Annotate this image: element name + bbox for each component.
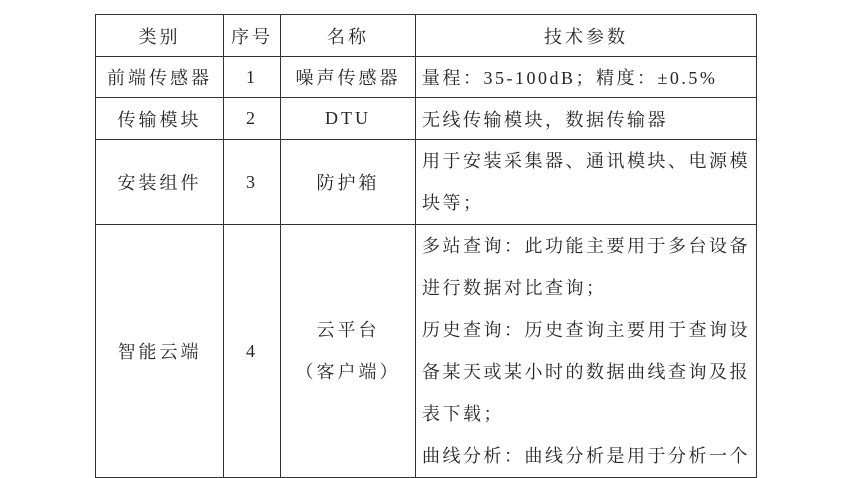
header-row: 类别 序号 名称 技术参数 <box>96 15 757 57</box>
column-header-no: 序号 <box>224 15 281 57</box>
category-cell: 前端传感器 <box>96 57 224 98</box>
param-line: 历史查询：历史查询主要用于查询设备某天或某小时的数据曲线查询及报表下载； <box>422 309 753 435</box>
param-line: 曲线分析：曲线分析是用于分析一个 <box>422 435 753 477</box>
column-header-category: 类别 <box>96 15 224 57</box>
column-header-name: 名称 <box>281 15 416 57</box>
param-line: 无线传输模块，数据传输器 <box>422 106 753 132</box>
table-row: 智能云端 4 云平台 （客户端） 多站查询：此功能主要用于多台设备进行数据对比查… <box>96 225 757 478</box>
params-cell: 多站查询：此功能主要用于多台设备进行数据对比查询； 历史查询：历史查询主要用于查… <box>416 225 757 478</box>
param-line: 用于安装采集器、通讯模块、电源模块等； <box>422 140 753 224</box>
index-cell: 3 <box>224 140 281 225</box>
category-cell: 智能云端 <box>96 225 224 478</box>
param-line: 量程：35-100dB；精度：±0.5% <box>422 64 753 90</box>
table-row: 传输模块 2 DTU 无线传输模块，数据传输器 <box>96 98 757 140</box>
spec-table: 类别 序号 名称 技术参数 前端传感器 1 噪声传感器 量程：35-100dB；… <box>95 14 757 478</box>
name-line: （客户端） <box>281 351 415 393</box>
name-cell: 云平台 （客户端） <box>281 225 416 478</box>
index-cell: 4 <box>224 225 281 478</box>
index-cell: 1 <box>224 57 281 98</box>
table-row: 前端传感器 1 噪声传感器 量程：35-100dB；精度：±0.5% <box>96 57 757 98</box>
params-cell: 用于安装采集器、通讯模块、电源模块等； <box>416 140 757 225</box>
table-row: 安装组件 3 防护箱 用于安装采集器、通讯模块、电源模块等； <box>96 140 757 225</box>
params-cell: 无线传输模块，数据传输器 <box>416 98 757 140</box>
param-line: 多站查询：此功能主要用于多台设备进行数据对比查询； <box>422 225 753 309</box>
index-cell: 2 <box>224 98 281 140</box>
name-cell: 防护箱 <box>281 140 416 225</box>
category-cell: 安装组件 <box>96 140 224 225</box>
name-line: 云平台 <box>281 309 415 351</box>
category-cell: 传输模块 <box>96 98 224 140</box>
document-page: 类别 序号 名称 技术参数 前端传感器 1 噪声传感器 量程：35-100dB；… <box>0 0 850 478</box>
column-header-params: 技术参数 <box>416 15 757 57</box>
params-cell: 量程：35-100dB；精度：±0.5% <box>416 57 757 98</box>
name-cell: DTU <box>281 98 416 140</box>
name-cell: 噪声传感器 <box>281 57 416 98</box>
